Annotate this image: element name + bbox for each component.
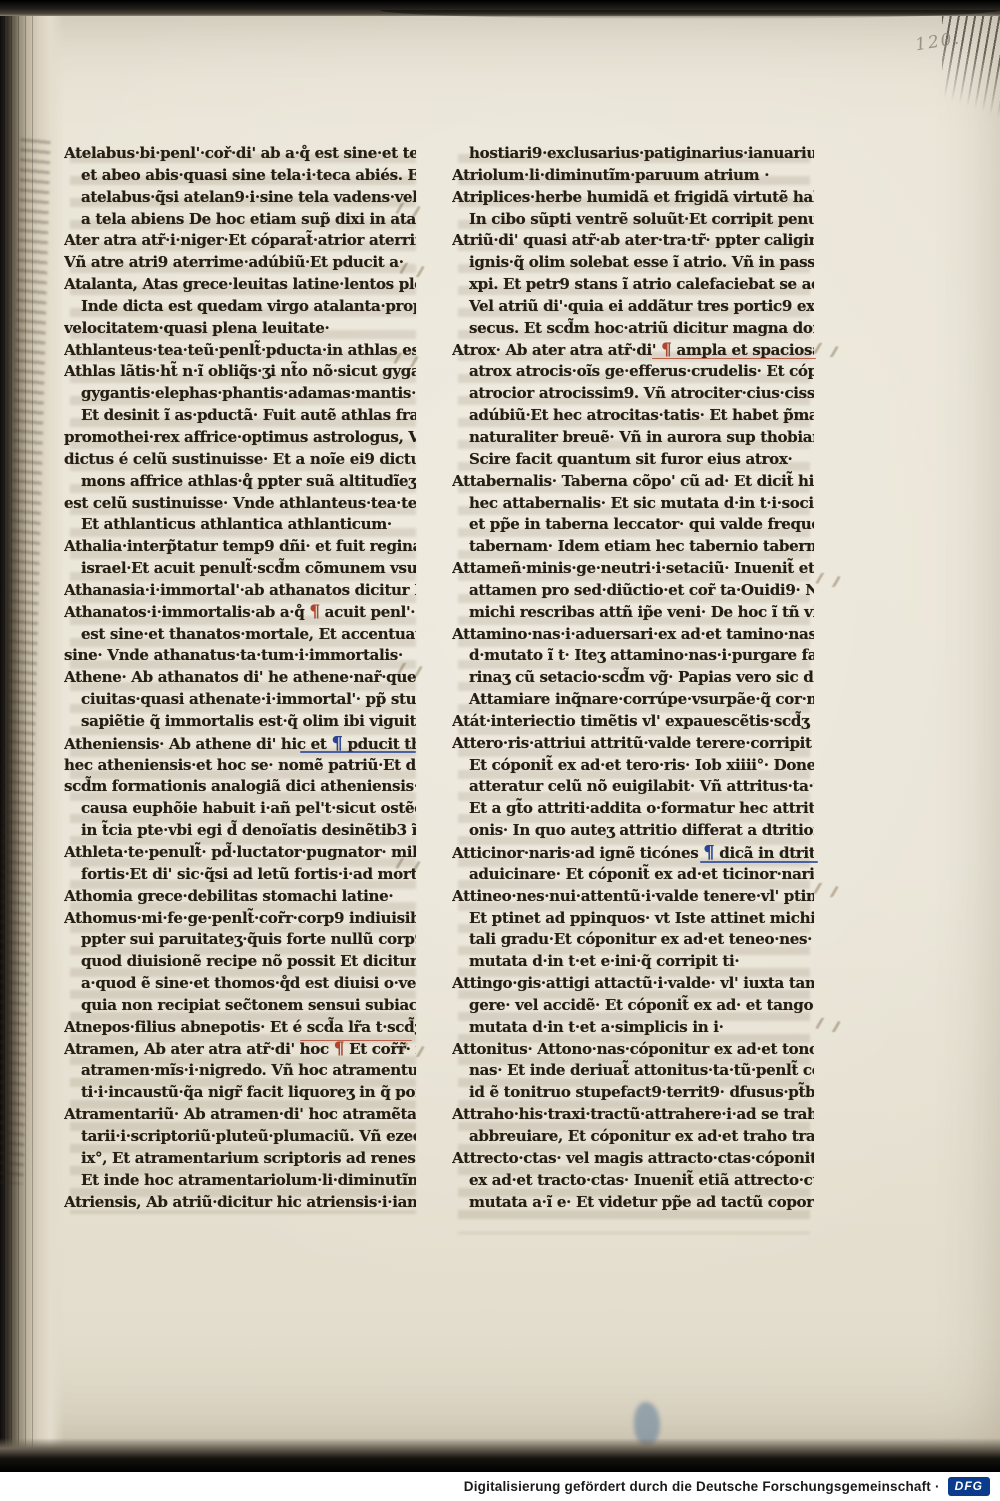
- digitization-credit-text: Digitalisierung gefördert durch die Deut…: [464, 1479, 940, 1494]
- manuscript-line: Attineo·nes·nui·attentũ·i·valde tenere·v…: [452, 886, 814, 908]
- manuscript-line: Vel atriũ di'·quia ei addãtur tres porti…: [452, 296, 814, 318]
- rubric-blue-underline: [300, 751, 416, 753]
- manuscript-line: Athlas lãtis·ht̃ n·ĩ obliq̃s·ʒi nt̃o nõ·…: [64, 361, 416, 383]
- manuscript-line: quia non recipiat sec̃tonem sensui subia…: [64, 995, 416, 1017]
- manuscript-line: Athomia grece·debilitas stomachi latine·: [64, 886, 416, 908]
- manuscript-line: Atriensis, Ab atriũ·dicitur hic atriensi…: [64, 1192, 416, 1214]
- manuscript-line: causa euphõie habuit i·añ pel't·sicut os…: [64, 798, 416, 820]
- manuscript-line: atrox atrocis·oĩs ge·efferus·crudelis· E…: [452, 361, 814, 383]
- manuscript-line: est sine·et thanatos·mortale, Et accentu…: [64, 624, 416, 646]
- dfg-logo: DFG: [948, 1477, 990, 1496]
- manuscript-line: Et athlanticus athlantica athlanticum·: [64, 514, 416, 536]
- manuscript-line: aduicinare· Et cóponit̃ ex ad·et ticinor…: [452, 864, 814, 886]
- manuscript-line: gere· vel accidẽ· Et cóponit̃ ex ad· et …: [452, 995, 814, 1017]
- manuscript-line: tali gradu·Et cóponitur ex ad·et teneo·n…: [452, 929, 814, 951]
- manuscript-line: hec attabernalis· Et sic mutata d·in t·i…: [452, 493, 814, 515]
- manuscript-line: dictus é celũ sustinuisse· Et a noĩe ei9…: [64, 449, 416, 471]
- manuscript-line: Attonitus· Attono·nas·cóponitur ex ad·et…: [452, 1039, 814, 1061]
- manuscript-line: sine· Vnde athanatus·ta·tum·i·immortalis…: [64, 645, 416, 667]
- manuscript-line: mutata d·in t·et a·simplicis in i·: [452, 1017, 814, 1039]
- manuscript-line: Atelabus·bi·penl'·coř·di' ab a·q̊ est si…: [64, 143, 416, 165]
- manuscript-line: ignis·q̃ olim solebat esse ĩ atrio. Vñ i…: [452, 252, 814, 274]
- red-pilcrow-icon: ¶: [334, 1039, 344, 1059]
- manuscript-line: Vñ atre atri9 aterrime·adúbiũ·Et pducit …: [64, 252, 416, 274]
- manuscript-line: michi rescribas attñ ip̃e veni· De hoc ĩ…: [452, 602, 814, 624]
- manuscript-line: Athomus·mi·fe·ge·penlt̃·cor̃r·corp9 indi…: [64, 908, 416, 930]
- manuscript-line: Atát·interiectio timẽtis vl' expauescẽti…: [452, 711, 814, 733]
- manuscript-line: ti·i·incaustũ·q̃a nigr̃ facit liquoreʒ i…: [64, 1082, 416, 1104]
- manuscript-line: Attero·ris·attriui attritũ·valde terere·…: [452, 733, 814, 755]
- manuscript-line: Et inde hoc atramentariolum·li·diminutĩm…: [64, 1170, 416, 1192]
- manuscript-line: Atalanta, Atas grece·leuitas latine·lent…: [64, 274, 416, 296]
- manuscript-line: Inde dicta est quedam virgo atalanta·pro…: [64, 296, 416, 318]
- manuscript-line: Attameñ·minis·ge·neutri·i·setaciũ· Inuen…: [452, 558, 814, 580]
- manuscript-line: ciuitas·quasi athenate·i·immortal'· pp̃ …: [64, 689, 416, 711]
- manuscript-line: ex ad·et tracto·ctas· Inuenit̃ etiã attr…: [452, 1170, 814, 1192]
- manuscript-line: Et cóponit̃ ex ad·et tero·ris· Iob xiiii…: [452, 755, 814, 777]
- manuscript-line: onis· In quo auteʒ attritio differat a d…: [452, 820, 814, 842]
- manuscript-line: Athanatos·i·immortalis·ab a·q̊ ¶ acuit p…: [64, 602, 416, 624]
- manuscript-line: Atramen, Ab ater atra atr̃·di' hoc ¶ Et …: [64, 1039, 416, 1061]
- manuscript-line: Scire facit quantum sit furor eius atrox…: [452, 449, 814, 471]
- manuscript-line: d·mutato ĩ t· Iteʒ attamino·nas·i·purgar…: [452, 645, 814, 667]
- manuscript-line: id ẽ tonitruo stupefact9·territ9· dfusus…: [452, 1082, 814, 1104]
- manuscript-line: israel·Et acuit penult̃·scd̃m cõmunem vs…: [64, 558, 416, 580]
- manuscript-line: Et desinit ĩ as·pductã· Fuit autẽ athlas…: [64, 405, 416, 427]
- manuscript-line: Athleta·te·penult̃· pd̃·luctator·pugnato…: [64, 842, 416, 864]
- manuscript-line: Ater atra atr̃·i·niger·Et cóparat̃·atrio…: [64, 230, 416, 252]
- manuscript-line: naturaliter breuẽ· Vñ in aurora sup thob…: [452, 427, 814, 449]
- manuscript-line: Athanasia·i·immortal'·ab athanatos dicit…: [64, 580, 416, 602]
- red-pilcrow-icon: ¶: [309, 602, 319, 622]
- manuscript-line: Atriũ·di' quasi atr̃·ab ater·tra·tr̃· pp…: [452, 230, 814, 252]
- manuscript-line: a·quod ẽ sine·et thomos·q̊d est diuisi o…: [64, 973, 416, 995]
- manuscript-line: adúbiũ·Et hec atrocitas·tatis· Et habet …: [452, 405, 814, 427]
- blue-pilcrow-icon: ¶: [703, 842, 714, 863]
- book-bottom-edge: [0, 1438, 1000, 1472]
- manuscript-line: et pp̃e in taberna leccator· qui valde f…: [452, 514, 814, 536]
- manuscript-line: Attabernalis· Taberna cõpo' cũ ad· Et di…: [452, 471, 814, 493]
- manuscript-scan: 120. Atelabus·bi·penl'·coř·di' ab a·q̊ e…: [0, 0, 1000, 1501]
- manuscript-line: mons affrice athlas·q̊ ppter suã altitud…: [64, 471, 416, 493]
- book-top-edge: [0, 0, 1000, 16]
- manuscript-line: Attamino·nas·i·aduersari·ex ad·et tamino…: [452, 624, 814, 646]
- manuscript-line: Atnepos·filius abnepotis· Et é scd̃a lr̃…: [64, 1017, 416, 1039]
- manuscript-line: Attamiare inq̃nare·corrúpe·vsurpãe·q̃ co…: [452, 689, 814, 711]
- manuscript-line: et abeo abis·quasi sine tela·i·teca abié…: [64, 165, 416, 187]
- manuscript-line: ix°, Et atramentarium scriptoris ad rene…: [64, 1148, 416, 1170]
- parchment-page: 120. Atelabus·bi·penl'·coř·di' ab a·q̊ e…: [0, 14, 1000, 1448]
- manuscript-line: Athlanteus·tea·teũ·penlt̃·pducta·in athl…: [64, 340, 416, 362]
- manuscript-line: Attraho·his·traxi·tractũ·attrahere·i·ad …: [452, 1104, 814, 1126]
- manuscript-line: promothei·rex affrice·optimus astrologus…: [64, 427, 416, 449]
- text-column-left: Atelabus·bi·penl'·coř·di' ab a·q̊ est si…: [64, 143, 416, 1213]
- manuscript-line: attamen pro sed·diũctio·et cor̃ ta·Ouidi…: [452, 580, 814, 602]
- bleed-through-mark: [813, 882, 839, 897]
- rubric-red-underline: [652, 358, 816, 359]
- manuscript-line: In cibo sũpti ventrẽ soluũt·Et corripit …: [452, 209, 814, 231]
- manuscript-line: tarii·i·scriptoriũ·pluteũ·plumaciũ. Vñ e…: [64, 1126, 416, 1148]
- digitization-banner: Digitalisierung gefördert durch die Deut…: [0, 1472, 1000, 1501]
- manuscript-line: est celũ sustinuisse· Vnde athlanteus·te…: [64, 493, 416, 515]
- manuscript-line: Et a gt̃o attriti·addita o·formatur hec …: [452, 798, 814, 820]
- manuscript-line: atramen·mĩs·i·nigredo. Vñ hoc atramentum: [64, 1060, 416, 1082]
- manuscript-line: atteratur celũ nõ euigilabit· Vñ attritu…: [452, 776, 814, 798]
- manuscript-line: Et ptinet ad ppinquos· vt Iste attinet m…: [452, 908, 814, 930]
- manuscript-line: Atramentariũ· Ab atramen·di' hoc atramẽt…: [64, 1104, 416, 1126]
- manuscript-line: Atriolum·li·diminutĩm·paruum atrium ·: [452, 165, 814, 187]
- manuscript-line: quod diuisionẽ recipe nõ possit Et dicit…: [64, 951, 416, 973]
- manuscript-line: velocitatem·quasi plena leuitate·: [64, 318, 416, 340]
- manuscript-line: hec atheniensis·et hoc se· nomẽ patriũ·E…: [64, 755, 416, 777]
- text-column-right: hostiari9·exclusarius·patiginarius·ianua…: [452, 143, 814, 1213]
- manuscript-line: atrocior atrocissim9. Vñ atrociter·cius·…: [452, 383, 814, 405]
- manuscript-line: Athene· Ab athanatos di' he athene·nar̃·…: [64, 667, 416, 689]
- bleed-through-mark: [815, 1017, 841, 1032]
- manuscript-line: abbreuiare, Et cóponitur ex ad·et traho …: [452, 1126, 814, 1148]
- rubric-red-stroke: [300, 1040, 412, 1041]
- manuscript-line: mutata a·ĩ e· Et videtur pp̃e ad tactũ c…: [452, 1192, 814, 1214]
- manuscript-line: atelabus·q̃si atelan9·i·sine tela vadens…: [64, 187, 416, 209]
- manuscript-line: nas· Et inde deriuat̃ attonitus·ta·tũ·pe…: [452, 1060, 814, 1082]
- manuscript-line: mutata d·in t·et e·ini·q̃ corripit ti·: [452, 951, 814, 973]
- manuscript-line: rinaʒ cũ setacio·scd̃m vg̃· Papias vero …: [452, 667, 814, 689]
- manuscript-line: hostiari9·exclusarius·patiginarius·ianua…: [452, 143, 814, 165]
- manuscript-line: in t̃cia pte·vbi egi d̃ denoĩatis desinẽ…: [64, 820, 416, 842]
- manuscript-line: Attingo·gis·attigi attactũ·i·valde· vl' …: [452, 973, 814, 995]
- manuscript-line: Atriplices·herbe humidã et frigidã virtu…: [452, 187, 814, 209]
- manuscript-line: a tela abiens De hoc etiam sup̃ dixi in …: [64, 209, 416, 231]
- manuscript-line: gygantis·elephas·phantis·adamas·mantis·: [64, 383, 416, 405]
- manuscript-line: ppter sui paruitateʒ·q̃uis forte nullũ c…: [64, 929, 416, 951]
- bleed-through-mark: [813, 342, 839, 357]
- rubric-blue-underline: [700, 861, 818, 863]
- manuscript-line: sapiẽtie q̃ immortalis est·q̃ olim ibi v…: [64, 711, 416, 733]
- bleed-through-mark: [815, 572, 841, 587]
- manuscript-line: fortis·Et di' sic·q̃si ad letũ fortis·i·…: [64, 864, 416, 886]
- manuscript-line: Athalia·interp̃tatur temp9 dñi· et fuit …: [64, 536, 416, 558]
- book-gutter: [0, 14, 64, 1448]
- manuscript-line: secus. Et scd̃m hoc·atriũ dicitur magna …: [452, 318, 814, 340]
- red-pilcrow-icon: ¶: [661, 340, 671, 360]
- manuscript-line: tabernam· Idem etiam hec tabernio tabern…: [452, 536, 814, 558]
- manuscript-line: scd̃m formationis analogiã dici athenien…: [64, 776, 416, 798]
- manuscript-line: Attrecto·ctas· vel magis attracto·ctas·c…: [452, 1148, 814, 1170]
- manuscript-line: xpi. Et petr9 stans ĩ atrio calefaciebat…: [452, 274, 814, 296]
